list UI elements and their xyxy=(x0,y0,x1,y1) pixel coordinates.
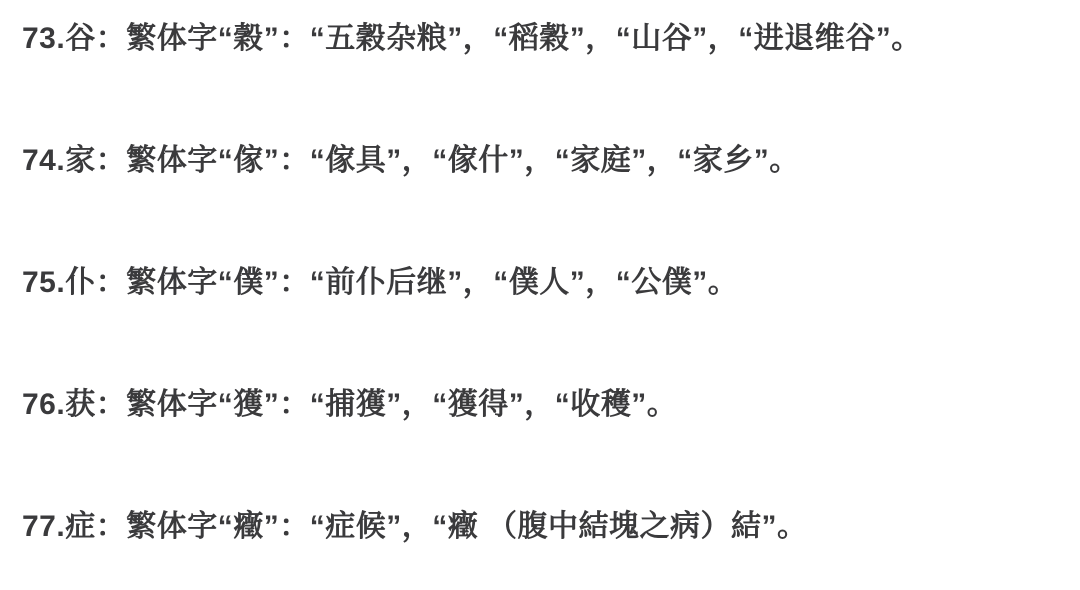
entry-line-75: 75.仆：繁体字“僕”：“前仆后继”，“僕人”，“公僕”。 xyxy=(22,264,1056,301)
entry-line-76: 76.获：繁体字“獲”：“捕獲”，“獲得”，“收穫”。 xyxy=(22,386,1056,423)
entry-line-74: 74.家：繁体字“傢”：“傢具”，“傢什”，“家庭”，“家乡”。 xyxy=(22,142,1056,179)
entry-line-77: 77.症：繁体字“癥”：“症候”，“癥 （腹中結塊之病）結”。 xyxy=(22,508,1056,545)
document-body: 73.谷：繁体字“穀”：“五穀杂粮”，“稻穀”，“山谷”，“进退维谷”。 74.… xyxy=(0,0,1080,590)
entry-line-73: 73.谷：繁体字“穀”：“五穀杂粮”，“稻穀”，“山谷”，“进退维谷”。 xyxy=(22,20,1056,57)
